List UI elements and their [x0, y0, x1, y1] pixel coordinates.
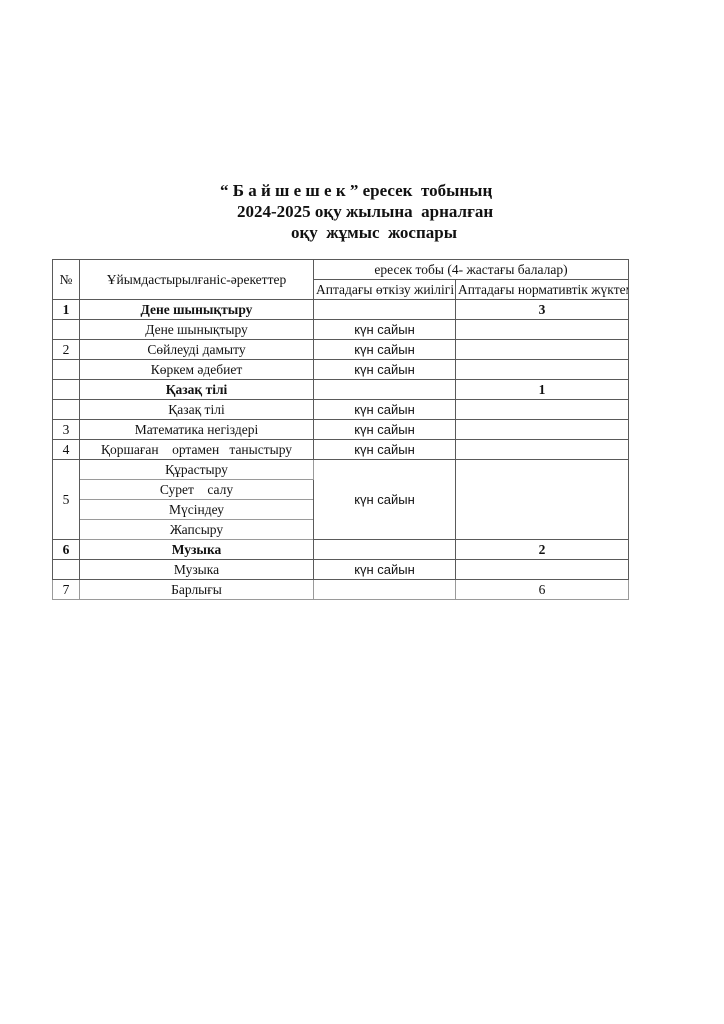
table-row: Музыка күн сайын — [53, 560, 629, 580]
header-activity: Ұйымдастырылғаніс-әрекеттер — [80, 260, 314, 300]
row-frequency: күн сайын — [314, 460, 456, 540]
table-row: Көркем әдебиет күн сайын — [53, 360, 629, 380]
row-load — [456, 560, 629, 580]
header-row: № Ұйымдастырылғаніс-әрекеттер ересек тоб… — [53, 260, 629, 280]
row-frequency: күн сайын — [314, 340, 456, 360]
row-load: 6 — [456, 580, 629, 600]
row-activity: Құрастыру — [80, 460, 314, 480]
table-row-group-5: 5 Құрастыру күн сайын — [53, 460, 629, 480]
table-row: 2 Сөйлеуді дамыту күн сайын — [53, 340, 629, 360]
table-row: 6 Музыка 2 — [53, 540, 629, 560]
row-number — [53, 560, 80, 580]
row-activity: Музыка — [80, 540, 314, 560]
row-activity: Жапсыру — [80, 520, 314, 540]
header-frequency: Аптадағы өткізу жиілігі — [314, 280, 456, 300]
table-row: 3 Математика негіздері күн сайын — [53, 420, 629, 440]
row-frequency — [314, 300, 456, 320]
row-activity: Қоршаған ортамен таныстыру — [80, 440, 314, 460]
row-number — [53, 360, 80, 380]
title-line-3: оқу жұмыс жоспары — [291, 222, 457, 243]
title-line-2: 2024-2025 оқу жылына арналған — [237, 201, 493, 222]
row-activity: Дене шынықтыру — [80, 300, 314, 320]
table-row: 1 Дене шынықтыру 3 — [53, 300, 629, 320]
table-row: 4 Қоршаған ортамен таныстыру күн сайын — [53, 440, 629, 460]
row-activity: Сурет салу — [80, 480, 314, 500]
table-row: Дене шынықтыру күн сайын — [53, 320, 629, 340]
row-load — [456, 460, 629, 540]
table-row: Қазақ тілі күн сайын — [53, 400, 629, 420]
row-load — [456, 320, 629, 340]
row-load — [456, 440, 629, 460]
row-number: 2 — [53, 340, 80, 360]
row-frequency: күн сайын — [314, 320, 456, 340]
row-number: 1 — [53, 300, 80, 320]
row-frequency — [314, 380, 456, 400]
row-activity: Математика негіздері — [80, 420, 314, 440]
row-frequency: күн сайын — [314, 400, 456, 420]
row-activity: Музыка — [80, 560, 314, 580]
row-number: 5 — [53, 460, 80, 540]
curriculum-table: № Ұйымдастырылғаніс-әрекеттер ересек тоб… — [52, 259, 629, 600]
table-row: Қазақ тілі 1 — [53, 380, 629, 400]
row-activity: Қазақ тілі — [80, 400, 314, 420]
header-load: Аптадағы нормативтік жүктеме — [456, 280, 629, 300]
row-load — [456, 340, 629, 360]
header-group: ересек тобы (4- жастағы балалар) — [314, 260, 629, 280]
row-load: 3 — [456, 300, 629, 320]
row-number — [53, 400, 80, 420]
row-number: 3 — [53, 420, 80, 440]
title-line-1: “ Б а й ш е ш е к ” ересек тобының — [220, 180, 492, 201]
row-frequency — [314, 540, 456, 560]
row-activity: Көркем әдебиет — [80, 360, 314, 380]
row-number: 4 — [53, 440, 80, 460]
row-number — [53, 320, 80, 340]
row-activity: Дене шынықтыру — [80, 320, 314, 340]
row-load — [456, 360, 629, 380]
row-number: 7 — [53, 580, 80, 600]
row-frequency: күн сайын — [314, 360, 456, 380]
row-activity: Сөйлеуді дамыту — [80, 340, 314, 360]
row-activity: Қазақ тілі — [80, 380, 314, 400]
row-number — [53, 380, 80, 400]
row-activity: Мүсіндеу — [80, 500, 314, 520]
row-number: 6 — [53, 540, 80, 560]
row-activity: Барлығы — [80, 580, 314, 600]
row-frequency: күн сайын — [314, 560, 456, 580]
row-frequency — [314, 580, 456, 600]
row-frequency: күн сайын — [314, 440, 456, 460]
row-frequency: күн сайын — [314, 420, 456, 440]
row-load — [456, 400, 629, 420]
row-load — [456, 420, 629, 440]
table-row-total: 7 Барлығы 6 — [53, 580, 629, 600]
header-number: № — [53, 260, 80, 300]
row-load: 1 — [456, 380, 629, 400]
row-load: 2 — [456, 540, 629, 560]
